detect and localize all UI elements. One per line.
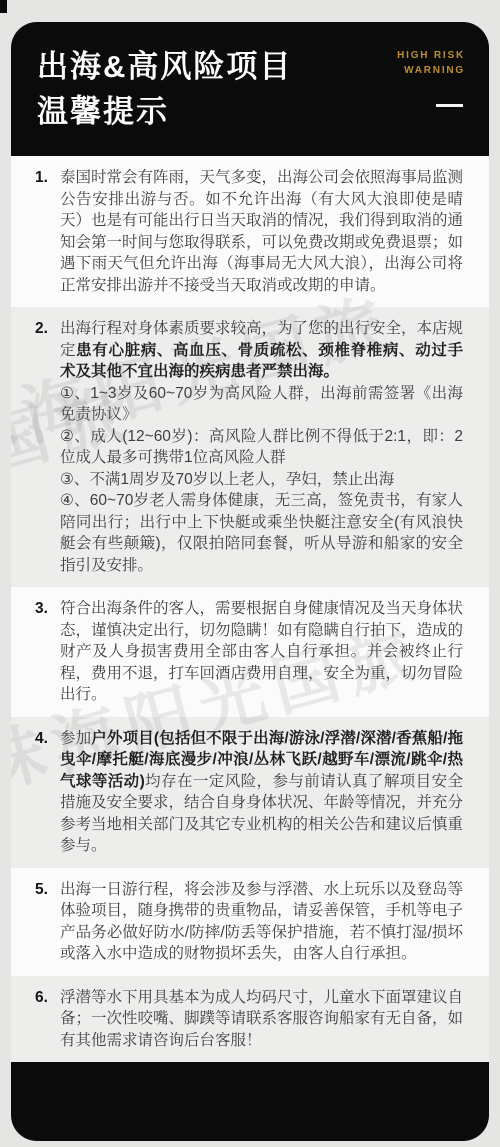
notice-item: 1.泰国时常会有阵雨，天气多变，出海公司会依照海事局监测公告安排出游与否。如不允… bbox=[11, 156, 489, 307]
notice-items: 1.泰国时常会有阵雨，天气多变，出海公司会依照海事局监测公告安排出游与否。如不允… bbox=[11, 156, 489, 1062]
notice-item: 6.浮潜等水下用具基本为成人均码尺寸，儿童水下面罩建议自备；一次性咬嘴、脚蹼等请… bbox=[11, 976, 489, 1063]
notice-text: 符合出海条件的客人，需要根据自身健康情况及当天身体状态，谨慎决定出行，切勿隐瞒！… bbox=[60, 598, 463, 706]
page-title-line2: 温馨提示 bbox=[37, 89, 292, 134]
notice-number: 2. bbox=[35, 318, 60, 576]
notice-item: 2.出海行程对身体素质要求较高，为了您的出行安全，本店规定患有心脏病、高血压、骨… bbox=[11, 307, 489, 587]
page-title-line1: 出海&高风险项目 bbox=[37, 44, 292, 89]
notice-number: 6. bbox=[35, 987, 60, 1052]
notice-text-segment: ②、成人(12~60岁)：高风险人群比例不得低于2:1，即：2位成人最多可携带1… bbox=[60, 428, 463, 467]
high-risk-badge: HIGH RISK WARNING bbox=[397, 48, 465, 107]
badge-text-line2: WARNING bbox=[397, 63, 465, 78]
notice-text: 浮潜等水下用具基本为成人均码尺寸，儿童水下面罩建议自备；一次性咬嘴、脚蹼等请联系… bbox=[60, 987, 463, 1052]
notice-number: 3. bbox=[35, 598, 60, 706]
notice-number: 1. bbox=[35, 167, 60, 296]
risk-notice-page: 出海&高风险项目 温馨提示 HIGH RISK WARNING 珠海阳光国旅 珠… bbox=[0, 0, 500, 1147]
notice-text-segment: ③、不满1周岁及70岁以上老人，孕妇，禁止出海 bbox=[60, 471, 394, 488]
dash-decoration bbox=[436, 104, 463, 107]
notice-text: 泰国时常会有阵雨，天气多变，出海公司会依照海事局监测公告安排出游与否。如不允许出… bbox=[60, 167, 463, 296]
badge-text-line1: HIGH RISK bbox=[397, 48, 465, 63]
notice-text-segment: 泰国时常会有阵雨，天气多变，出海公司会依照海事局监测公告安排出游与否。如不允许出… bbox=[60, 169, 463, 294]
notice-sheet: 出海&高风险项目 温馨提示 HIGH RISK WARNING 珠海阳光国旅 珠… bbox=[11, 22, 489, 1141]
notice-text-segment: ①、1~3岁及60~70岁为高风险人群，出海前需签署《出海免责协议》 bbox=[60, 385, 463, 424]
notice-text-emphasis: 患有心脏病、高血压、骨质疏松、颈椎脊椎病、动过手术及其他不宜出海的疾病患者严禁出… bbox=[60, 342, 463, 381]
notice-item: 4.参加户外项目(包括但不限于出海/游泳/浮潜/深潜/香蕉船/拖曳伞/摩托艇/海… bbox=[11, 717, 489, 868]
notice-text-segment: ④、60~70岁老人需身体健康，无三高，签免责书，有家人陪同出行；出行中上下快艇… bbox=[60, 492, 463, 574]
header-banner: 出海&高风险项目 温馨提示 HIGH RISK WARNING bbox=[11, 22, 489, 156]
notice-item: 5.出海一日游行程，将会涉及参与浮潜、水上玩乐以及登岛等体验项目，随身携带的贵重… bbox=[11, 868, 489, 976]
notice-number: 4. bbox=[35, 728, 60, 857]
notice-text: 出海行程对身体素质要求较高，为了您的出行安全，本店规定患有心脏病、高血压、骨质疏… bbox=[60, 318, 463, 576]
footer-band bbox=[11, 1062, 489, 1141]
corner-artifact bbox=[0, 0, 7, 13]
notice-item: 3.符合出海条件的客人，需要根据自身健康情况及当天身体状态，谨慎决定出行，切勿隐… bbox=[11, 587, 489, 717]
notice-number: 5. bbox=[35, 879, 60, 965]
notice-text-segment: 参加 bbox=[60, 730, 91, 747]
notice-text: 出海一日游行程，将会涉及参与浮潜、水上玩乐以及登岛等体验项目，随身携带的贵重物品… bbox=[60, 879, 463, 965]
page-title: 出海&高风险项目 温馨提示 bbox=[37, 44, 292, 134]
notice-text-segment: 浮潜等水下用具基本为成人均码尺寸，儿童水下面罩建议自备；一次性咬嘴、脚蹼等请联系… bbox=[60, 989, 463, 1049]
notice-text-segment: 符合出海条件的客人，需要根据自身健康情况及当天身体状态，谨慎决定出行，切勿隐瞒！… bbox=[60, 600, 463, 703]
notice-text-segment: 出海一日游行程，将会涉及参与浮潜、水上玩乐以及登岛等体验项目，随身携带的贵重物品… bbox=[60, 881, 463, 963]
notice-text: 参加户外项目(包括但不限于出海/游泳/浮潜/深潜/香蕉船/拖曳伞/摩托艇/海底漫… bbox=[60, 728, 463, 857]
notice-list: 珠海阳光国旅 珠海阳光国旅 珠海阳光国旅 1.泰国时常会有阵雨，天气多变，出海公… bbox=[11, 156, 489, 1062]
